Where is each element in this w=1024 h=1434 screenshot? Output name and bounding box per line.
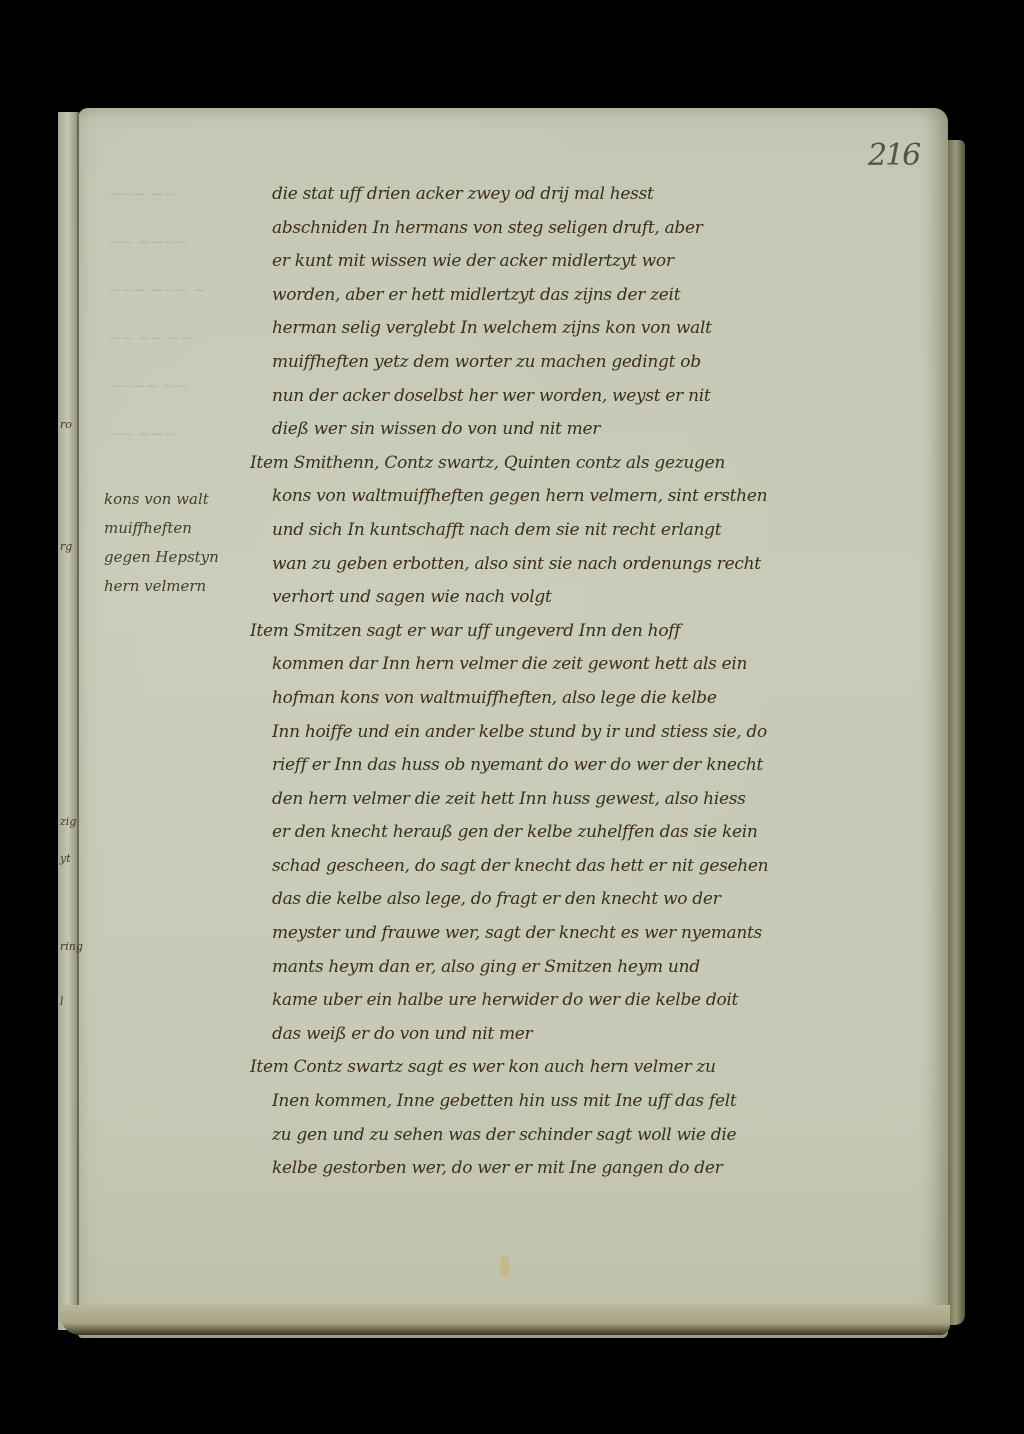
binding-gutter xyxy=(58,112,78,1330)
text-line: mants heym dan er, also ging er Smitzen … xyxy=(250,951,930,985)
text-line: das die kelbe also lege, do fragt er den… xyxy=(250,883,930,917)
page-edge-bottom xyxy=(60,1305,950,1335)
paper-stain xyxy=(500,1255,510,1277)
margin-annotation: kons von walt muiffheften gegen Hepstyn … xyxy=(104,485,264,601)
gutter-text-fragment: rg xyxy=(60,540,72,553)
paragraph-start-line: Item Smitzen sagt er war uff ungeverd In… xyxy=(250,615,930,649)
text-line: kelbe gestorben wer, do wer er mit Ine g… xyxy=(250,1152,930,1186)
text-line: und sich In kuntschafft nach dem sie nit… xyxy=(250,514,930,548)
text-line: worden, aber er hett midlertzyt das zijn… xyxy=(250,279,930,313)
paragraph-start-line: Item Smithenn, Contz swartz, Quinten con… xyxy=(250,447,930,481)
text-line: wan zu geben erbotten, also sint sie nac… xyxy=(250,548,930,582)
text-line: abschniden In hermans von steg seligen d… xyxy=(250,212,930,246)
text-line: den hern velmer die zeit hett Inn huss g… xyxy=(250,783,930,817)
text-line: kons von waltmuiffheften gegen hern velm… xyxy=(250,480,930,514)
gutter-fold-line xyxy=(77,112,79,1330)
scanned-page-image: ro rg zig yt ring l ~~~ ~~~~ ~~~~~~~ ~~~… xyxy=(0,0,1024,1434)
text-line: zu gen und zu sehen was der schinder sag… xyxy=(250,1119,930,1153)
margin-line: muiffheften xyxy=(104,514,264,543)
text-line: dieß wer sin wissen do von und nit mer xyxy=(250,413,930,447)
gutter-text-fragment: ro xyxy=(60,418,72,431)
text-line: Inn hoiffe und ein ander kelbe stund by … xyxy=(250,716,930,750)
folio-number: 216 xyxy=(868,138,919,173)
gutter-text-fragment: ring xyxy=(60,940,83,953)
margin-line: gegen Hepstyn xyxy=(104,543,264,572)
text-line: Inen kommen, Inne gebetten hin uss mit I… xyxy=(250,1085,930,1119)
text-line: die stat uff drien acker zwey od drij ma… xyxy=(250,178,930,212)
text-line: hofman kons von waltmuiffheften, also le… xyxy=(250,682,930,716)
gutter-text-fragment: l xyxy=(60,995,64,1008)
text-line: rieff er Inn das huss ob nyemant do wer … xyxy=(250,749,930,783)
margin-line: hern velmern xyxy=(104,572,264,601)
text-line: er kunt mit wissen wie der acker midlert… xyxy=(250,245,930,279)
gutter-text-fragment: yt xyxy=(60,852,71,865)
main-text-block: die stat uff drien acker zwey od drij ma… xyxy=(250,178,930,1186)
text-line: kommen dar Inn hern velmer die zeit gewo… xyxy=(250,648,930,682)
text-line: er den knecht herauß gen der kelbe zuhel… xyxy=(250,816,930,850)
paragraph-start-line: Item Contz swartz sagt es wer kon auch h… xyxy=(250,1051,930,1085)
text-line: kame uber ein halbe ure herwider do wer … xyxy=(250,984,930,1018)
text-line: muiffheften yetz dem worter zu machen ge… xyxy=(250,346,930,380)
text-line: verhort und sagen wie nach volgt xyxy=(250,581,930,615)
text-line: das weiß er do von und nit mer xyxy=(250,1018,930,1052)
margin-line: kons von walt xyxy=(104,485,264,514)
text-line: herman selig verglebt In welchem zijns k… xyxy=(250,312,930,346)
text-line: nun der acker doselbst her wer worden, w… xyxy=(250,380,930,414)
text-line: schad gescheen, do sagt der knecht das h… xyxy=(250,850,930,884)
show-through-text: ~~~ ~~~~ ~~~~~~~ ~~~ ~~~ ~~ ~~~~~~ ~~~~ … xyxy=(108,170,248,458)
gutter-text-fragment: zig xyxy=(60,815,76,828)
text-line: meyster und frauwe wer, sagt der knecht … xyxy=(250,917,930,951)
